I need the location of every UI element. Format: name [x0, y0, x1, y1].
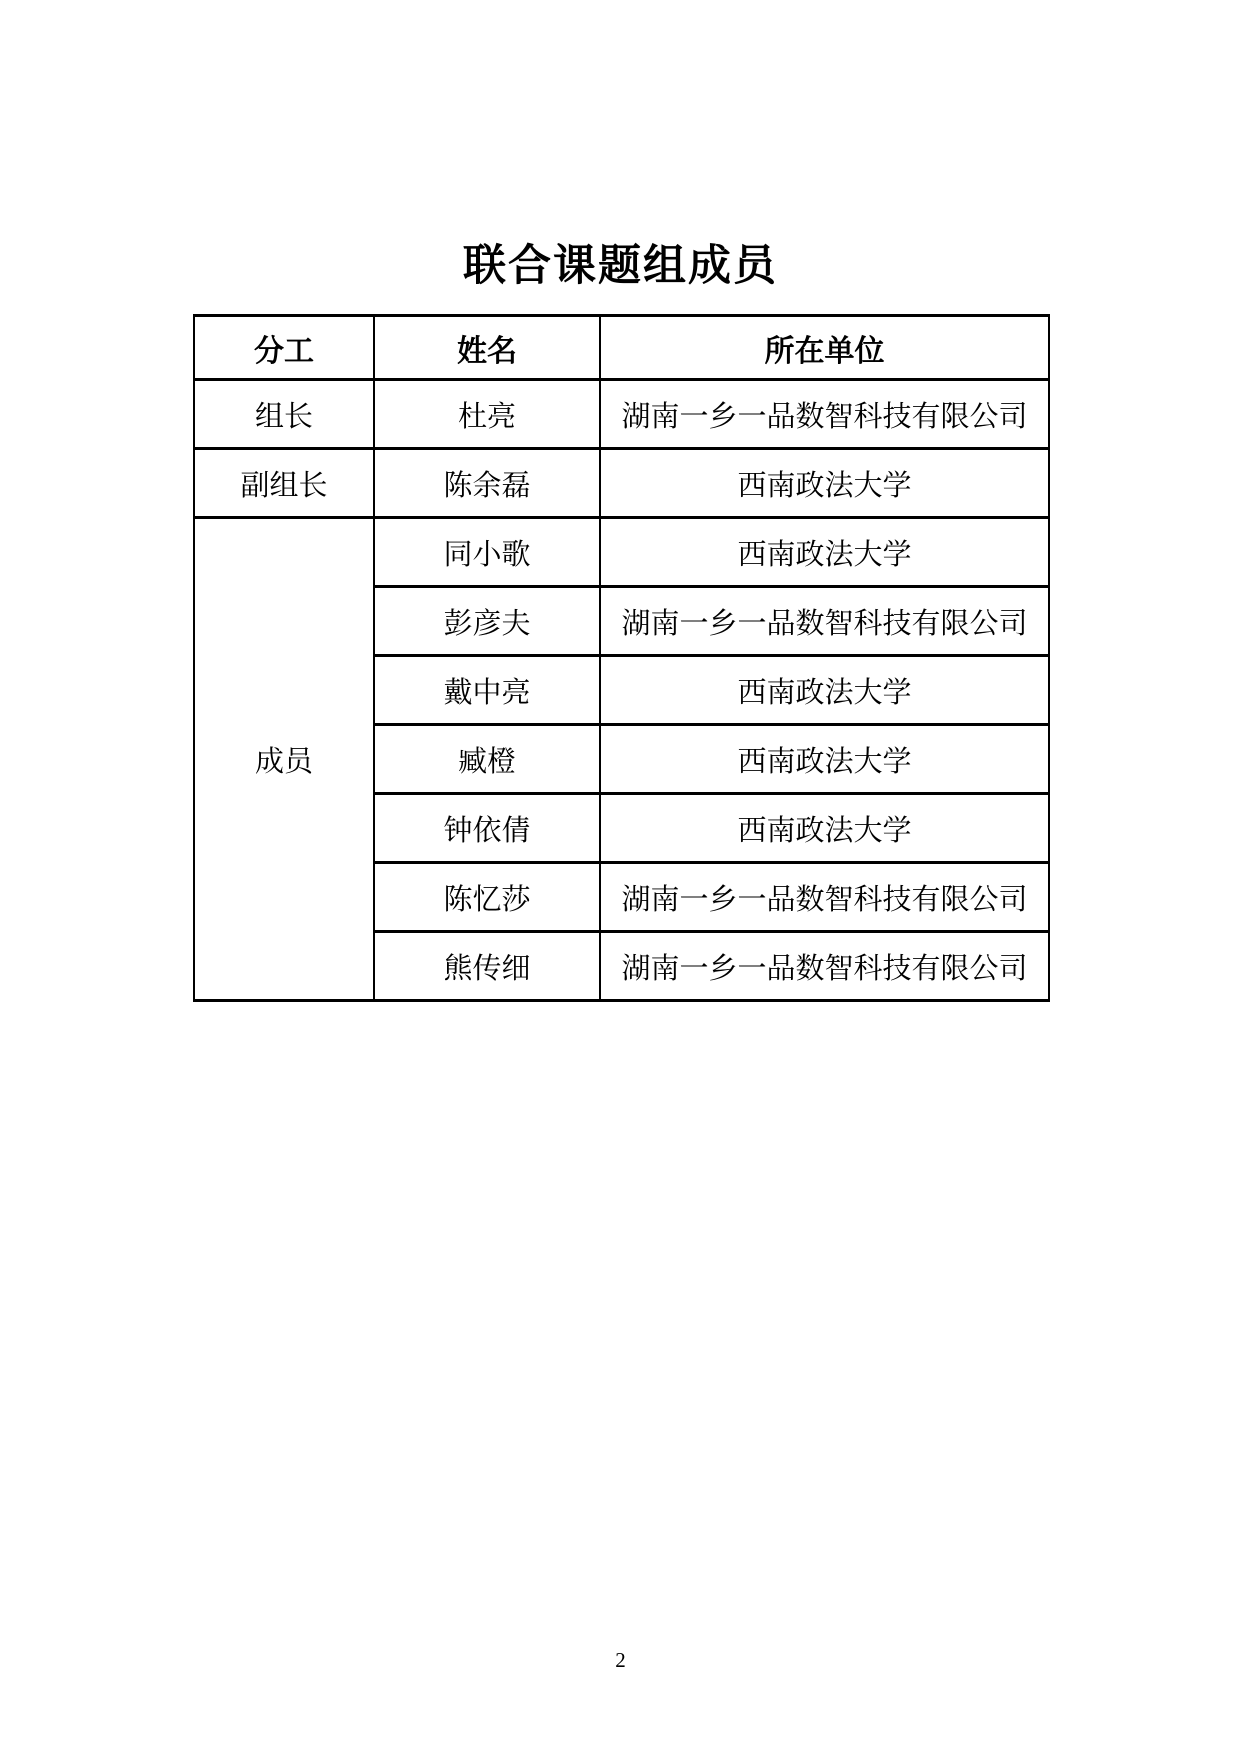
page-title: 联合课题组成员 — [0, 243, 1241, 291]
org-cell: 湖南一乡一品数智科技有限公司 — [600, 863, 1049, 932]
table-row: 组长杜亮湖南一乡一品数智科技有限公司 — [194, 380, 1049, 449]
org-cell: 湖南一乡一品数智科技有限公司 — [600, 932, 1049, 1001]
name-cell: 臧橙 — [374, 725, 600, 794]
table-row: 成员同小歌西南政法大学 — [194, 518, 1049, 587]
table-row: 副组长陈余磊西南政法大学 — [194, 449, 1049, 518]
org-cell: 湖南一乡一品数智科技有限公司 — [600, 587, 1049, 656]
name-cell: 同小歌 — [374, 518, 600, 587]
page-number: 2 — [0, 1648, 1241, 1673]
header-cell-org: 所在单位 — [600, 316, 1049, 380]
members-table: 分工 姓名 所在单位 组长杜亮湖南一乡一品数智科技有限公司副组长陈余磊西南政法大… — [193, 314, 1050, 1002]
role-cell: 成员 — [194, 518, 374, 1001]
org-cell: 西南政法大学 — [600, 518, 1049, 587]
name-cell: 熊传细 — [374, 932, 600, 1001]
name-cell: 杜亮 — [374, 380, 600, 449]
org-cell: 西南政法大学 — [600, 794, 1049, 863]
name-cell: 陈忆莎 — [374, 863, 600, 932]
role-cell: 副组长 — [194, 449, 374, 518]
header-cell-role: 分工 — [194, 316, 374, 380]
name-cell: 戴中亮 — [374, 656, 600, 725]
document-page: 联合课题组成员 分工 姓名 所在单位 组长杜亮湖南一乡一品数智科技有限公司副组长… — [0, 0, 1241, 1754]
header-row: 分工 姓名 所在单位 — [194, 316, 1049, 380]
header-cell-name: 姓名 — [374, 316, 600, 380]
name-cell: 彭彦夫 — [374, 587, 600, 656]
members-table-body: 组长杜亮湖南一乡一品数智科技有限公司副组长陈余磊西南政法大学成员同小歌西南政法大… — [194, 380, 1049, 1001]
org-cell: 西南政法大学 — [600, 656, 1049, 725]
role-cell: 组长 — [194, 380, 374, 449]
members-table-header: 分工 姓名 所在单位 — [194, 316, 1049, 380]
name-cell: 钟依倩 — [374, 794, 600, 863]
org-cell: 西南政法大学 — [600, 725, 1049, 794]
name-cell: 陈余磊 — [374, 449, 600, 518]
org-cell: 西南政法大学 — [600, 449, 1049, 518]
org-cell: 湖南一乡一品数智科技有限公司 — [600, 380, 1049, 449]
